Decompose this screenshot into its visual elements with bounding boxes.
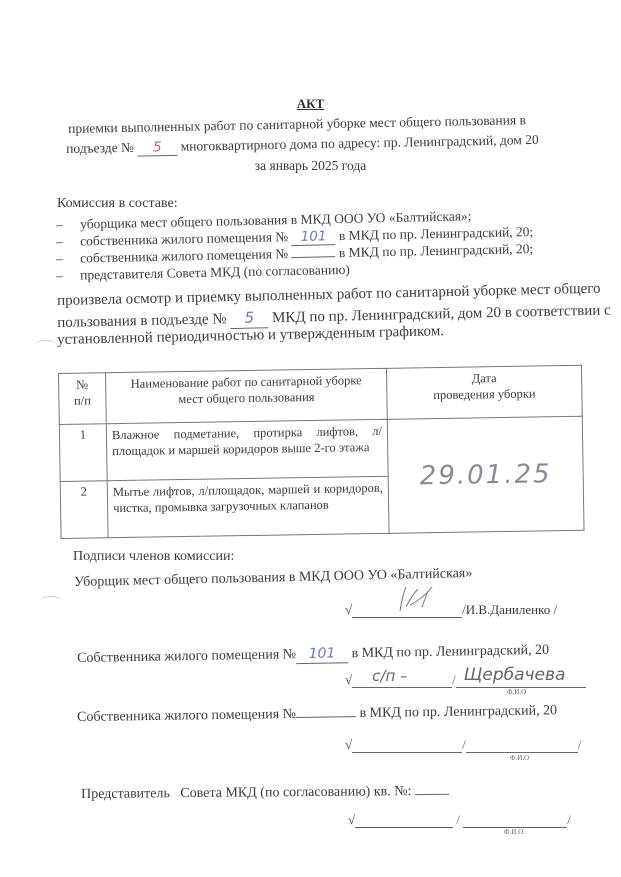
owner2-fio-label: Ф.И.О: [510, 754, 529, 762]
owner2-line: Собственника жилого помещения № в МКД по…: [77, 703, 557, 726]
punch-hole-mark: [40, 596, 62, 607]
row-work-name: Влажное подметание, протирка лифтов, л/п…: [106, 419, 388, 480]
cleaner-signature-field[interactable]: [352, 603, 462, 618]
commission-heading: Комиссия в составе:: [57, 196, 178, 212]
document-title: АКТ: [0, 96, 621, 112]
owner1-fio-label: Ф.И.О: [507, 688, 526, 696]
owner1-signature-row: √ с/п – / Щербачева: [345, 672, 586, 688]
table-row: 1 Влажное подметание, протирка лифтов, л…: [59, 416, 583, 481]
punch-hole-mark: [35, 340, 57, 351]
representative-signature-row: √ / /: [348, 812, 571, 828]
subtitle-prefix: подъезде №: [66, 140, 134, 156]
owner2-signature-field[interactable]: [352, 738, 462, 753]
row-num: 2: [60, 481, 108, 539]
subtitle-period: за январь 2025 года: [0, 158, 621, 174]
representative-fio-label: Ф.И.О.: [504, 828, 525, 836]
owner1-signature-field[interactable]: с/п –: [352, 673, 452, 688]
row-num: 1: [59, 424, 107, 482]
owner1-apartment-field[interactable]: 101: [296, 645, 348, 664]
entrance-number-field[interactable]: 5: [230, 308, 268, 329]
header-num: №п/п: [59, 373, 107, 425]
signatures-heading: Подписи членов комиссии:: [73, 549, 234, 565]
subtitle-suffix: многоквартирного дома по адресу: пр. Лен…: [181, 132, 539, 154]
representative-line: Представитель Совета МКД (по согласовани…: [81, 784, 449, 803]
representative-apartment-field[interactable]: [415, 794, 449, 795]
row-work-name: Мытье лифтов, л/площадок, маршей и корид…: [107, 476, 389, 537]
representative-signature-field[interactable]: [355, 813, 453, 828]
apartment-number-field[interactable]: [292, 256, 336, 258]
cleaning-date-handwritten: 29.01.25: [420, 459, 552, 491]
entrance-number-field[interactable]: 5: [137, 139, 177, 157]
representative-fio-field[interactable]: [463, 813, 567, 828]
header-date: Датапроведения уборки: [386, 365, 582, 419]
owner2-apartment-field[interactable]: [296, 716, 356, 718]
works-table: №п/п Наименование работ по санитарной уб…: [58, 365, 585, 539]
cleaner-signature-row: √ /И.В.Даниленко /: [345, 602, 557, 618]
owner2-signature-row: √//: [345, 737, 581, 753]
owner2-fio-field[interactable]: [466, 738, 578, 753]
table-header-row: №п/п Наименование работ по санитарной уб…: [59, 365, 583, 424]
subtitle-line-2: подъезде № 5 многоквартирного дома по ад…: [66, 132, 539, 158]
owner1-fio-field[interactable]: Щербачева: [456, 673, 586, 688]
apartment-number-field[interactable]: 101: [291, 228, 335, 246]
header-name: Наименование работ по санитарной уборкем…: [106, 368, 388, 423]
signature-scribble-icon: [392, 585, 452, 615]
cleaner-name: /И.В.Даниленко /: [462, 602, 557, 617]
cleaning-date-cell[interactable]: 29.01.25: [387, 416, 584, 533]
